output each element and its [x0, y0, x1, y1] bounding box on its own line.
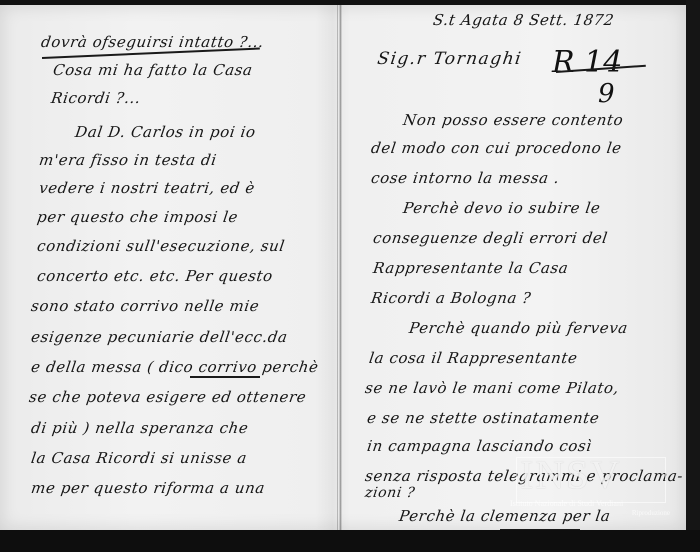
left-line-12: e della messa ( dico corrivo perchè: [30, 358, 320, 376]
left-line-14: di più ) nella speranza che: [30, 419, 250, 437]
left-line-2: Cosa mi ha fatto la Casa: [52, 61, 254, 79]
right-line-11: e se ne stette ostinatamente: [366, 409, 601, 427]
left-line-15: la Casa Ricordi si unisse a: [30, 449, 248, 467]
left-line-7: per questo che imposi le: [36, 208, 239, 226]
left-line-10: sono stato corrivo nelle mie: [30, 297, 261, 315]
scan-border-right: [686, 0, 700, 552]
page-edge: [337, 5, 338, 530]
right-line-3: cose intorno la messa .: [370, 169, 561, 187]
scanned-letter: dovrà ofseguirsi intatto ?... Cosa mi ha…: [0, 0, 700, 552]
left-line-8: condizioni sull'esecuzione, sul: [36, 237, 286, 255]
left-line-3: Ricordi ?...: [50, 89, 142, 107]
archive-mark-sub: 9: [598, 79, 615, 109]
underline-stroke: [190, 376, 260, 378]
right-page: S.t Agata 8 Sett. 1872 Sig.r Tornaghi R …: [342, 5, 686, 530]
letter-date: S.t Agata 8 Sett. 1872: [432, 11, 615, 29]
right-line-8: Perchè quando più ferveva: [408, 319, 629, 337]
right-line-14: zioni ?: [364, 485, 416, 501]
right-line-12: in campagna lasciando così: [366, 437, 593, 455]
left-line-13: se che poteva esigere ed ottenere: [28, 388, 308, 406]
left-line-5: m'era fisso in testa di: [38, 151, 218, 169]
left-line-9: concerto etc. etc. Per questo: [36, 267, 274, 285]
right-line-7: Ricordi a Bologna ?: [370, 289, 532, 307]
left-line-16: me per questo riforma a una: [30, 479, 266, 497]
right-line-4: Perchè devo io subire le: [402, 199, 602, 217]
paper-sheet: dovrà ofseguirsi intatto ?... Cosa mi ha…: [0, 5, 686, 530]
right-line-6: Rappresentante la Casa: [372, 259, 570, 277]
scan-border-bottom: [0, 530, 700, 552]
left-line-6: vedere i nostri teatri, ed è: [38, 179, 256, 197]
left-page: dovrà ofseguirsi intatto ?... Cosa mi ha…: [0, 5, 337, 530]
left-line-11: esigenze pecuniarie dell'ecc.da: [30, 328, 289, 346]
right-line-15: Perchè la clemenza per la: [398, 507, 612, 525]
right-line-13: senza risposta telegrammi e proclama-: [364, 467, 684, 485]
right-line-1: Non posso essere contento: [402, 111, 625, 129]
right-line-5: conseguenze degli errori del: [372, 229, 609, 247]
left-line-4: Dal D. Carlos in poi io: [74, 123, 257, 141]
right-line-10: se ne lavò le mani come Pilato,: [364, 379, 620, 397]
letter-salutation: Sig.r Tornaghi: [376, 49, 523, 69]
right-line-2: del modo con cui procedono le: [370, 139, 623, 157]
right-line-9: la cosa il Rappresentante: [368, 349, 579, 367]
archive-mark: R 14: [552, 45, 622, 80]
